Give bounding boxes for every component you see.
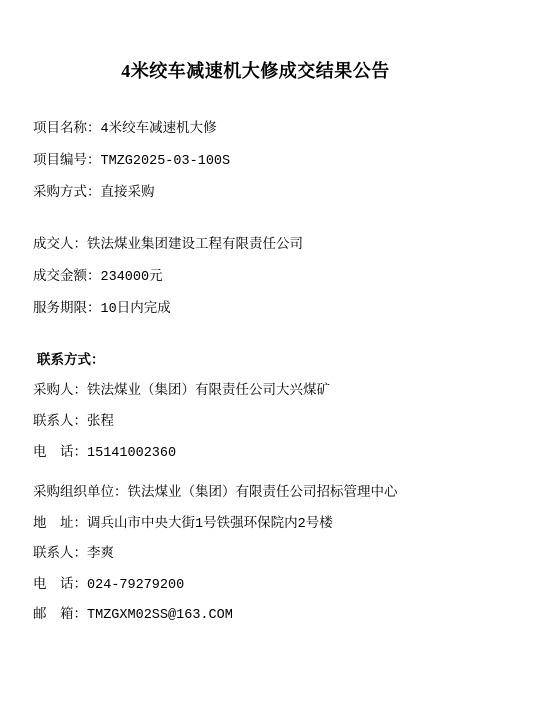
field-organizer-contact-label: 联系人：	[33, 545, 87, 560]
field-organizer-phone: 电 话：024-79279200	[33, 570, 514, 601]
field-deal-amount: 成交金额：234000元	[33, 261, 514, 293]
field-purchaser-contact: 联系人：张程	[33, 406, 514, 437]
field-purchaser-contact-value: 张程	[87, 415, 114, 430]
field-project-number-label: 项目编号：	[33, 152, 101, 167]
field-winner: 成交人：铁法煤业集团建设工程有限责任公司	[33, 229, 514, 261]
field-organizer-email-label: 邮 箱：	[33, 606, 87, 621]
field-purchaser-phone-value: 15141002360	[87, 446, 176, 461]
field-service-period-value: 10日内完成	[101, 302, 171, 317]
field-procurement-method: 采购方式：直接采购	[33, 177, 514, 209]
field-organizer-value: 铁法煤业（集团）有限责任公司招标管理中心	[128, 486, 398, 501]
field-winner-value: 铁法煤业集团建设工程有限责任公司	[87, 238, 303, 253]
contact-section-heading: 联系方式：	[37, 345, 514, 375]
field-organizer-address-value: 调兵山市中央大街1号铁强环保院内2号楼	[87, 517, 333, 532]
field-organizer-address: 地 址：调兵山市中央大街1号铁强环保院内2号楼	[33, 509, 514, 540]
field-procurement-method-label: 采购方式：	[33, 184, 101, 199]
field-project-name-value: 4米绞车减速机大修	[101, 122, 217, 137]
field-organizer-phone-value: 024-79279200	[87, 578, 184, 593]
field-service-period: 服务期限：10日内完成	[33, 293, 514, 325]
field-project-name-label: 项目名称：	[33, 120, 101, 135]
document-title: 4米绞车减速机大修成交结果公告	[33, 58, 478, 84]
field-winner-label: 成交人：	[33, 236, 87, 251]
field-organizer-contact-value: 李爽	[87, 547, 114, 562]
field-organizer-email: 邮 箱：TMZGXM02SS@163.COM	[33, 600, 514, 631]
field-purchaser-value: 铁法煤业（集团）有限责任公司大兴煤矿	[87, 384, 330, 399]
field-deal-amount-value: 234000元	[101, 270, 163, 285]
field-organizer-label: 采购组织单位：	[33, 484, 128, 499]
field-purchaser: 采购人：铁法煤业（集团）有限责任公司大兴煤矿	[33, 375, 514, 406]
field-project-number-value: TMZG2025-03-100S	[101, 154, 231, 169]
field-project-number: 项目编号：TMZG2025-03-100S	[33, 145, 514, 177]
field-organizer-email-value: TMZGXM02SS@163.COM	[87, 608, 233, 623]
field-procurement-method-value: 直接采购	[101, 186, 155, 201]
document-page: 4米绞车减速机大修成交结果公告 项目名称：4米绞车减速机大修 项目编号：TMZG…	[0, 0, 547, 719]
field-purchaser-phone: 电 话：15141002360	[33, 437, 514, 468]
field-project-name: 项目名称：4米绞车减速机大修	[33, 113, 514, 145]
field-organizer-address-label: 地 址：	[33, 515, 87, 530]
field-organizer-phone-label: 电 话：	[33, 576, 87, 591]
organizer-contact-section: 采购组织单位：铁法煤业（集团）有限责任公司招标管理中心 地 址：调兵山市中央大街…	[33, 478, 514, 631]
field-purchaser-phone-label: 电 话：	[33, 444, 87, 459]
field-organizer-contact: 联系人：李爽	[33, 539, 514, 570]
purchaser-contact-section: 采购人：铁法煤业（集团）有限责任公司大兴煤矿 联系人：张程 电 话：151410…	[33, 375, 514, 468]
field-service-period-label: 服务期限：	[33, 300, 101, 315]
field-organizer: 采购组织单位：铁法煤业（集团）有限责任公司招标管理中心	[33, 478, 514, 509]
field-purchaser-label: 采购人：	[33, 382, 87, 397]
field-purchaser-contact-label: 联系人：	[33, 413, 87, 428]
field-deal-amount-label: 成交金额：	[33, 268, 101, 283]
project-info-section: 项目名称：4米绞车减速机大修 项目编号：TMZG2025-03-100S 采购方…	[33, 113, 514, 209]
deal-result-section: 成交人：铁法煤业集团建设工程有限责任公司 成交金额：234000元 服务期限：1…	[33, 229, 514, 325]
